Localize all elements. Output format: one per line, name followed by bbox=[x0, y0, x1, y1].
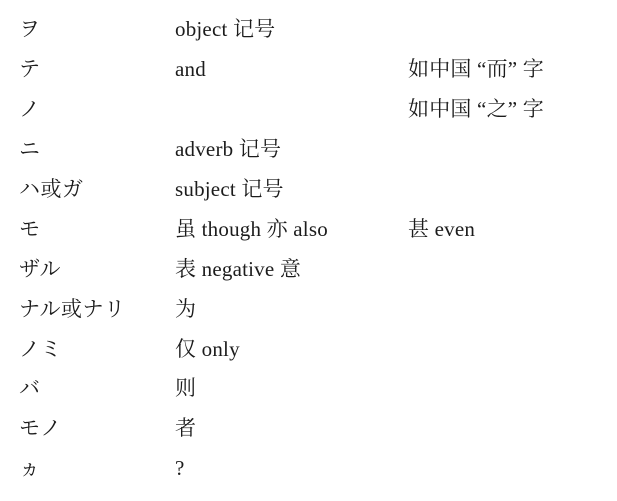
kana-cell: ハ或ガ bbox=[19, 179, 175, 200]
table-row: ノミ仅 only bbox=[19, 329, 617, 369]
gloss-cell: adverb 记号 bbox=[175, 139, 408, 160]
note-cell: 如中国 “之” 字 bbox=[408, 99, 617, 120]
table-row: ニadverb 记号 bbox=[19, 130, 617, 170]
table-row: ヵ? bbox=[19, 449, 617, 489]
kana-cell: ザル bbox=[19, 259, 175, 280]
table-row: モノ者 bbox=[19, 409, 617, 449]
gloss-cell: subject 记号 bbox=[175, 179, 408, 200]
gloss-cell: and bbox=[175, 59, 408, 80]
kana-cell: ヲ bbox=[19, 19, 175, 40]
gloss-cell: 为 bbox=[175, 299, 408, 320]
kana-cell: ニ bbox=[19, 139, 175, 160]
gloss-cell: object 记号 bbox=[175, 19, 408, 40]
table-row: モ虽 though 亦 also甚 even bbox=[19, 209, 617, 249]
gloss-cell: 表 negative 意 bbox=[175, 259, 408, 280]
gloss-cell: 仅 only bbox=[175, 339, 408, 360]
gloss-cell: 虽 though 亦 also bbox=[175, 219, 408, 240]
kana-cell: ナル或ナリ bbox=[19, 299, 175, 320]
kana-cell: モ bbox=[19, 219, 175, 240]
particle-table: ヲobject 记号テand如中国 “而” 字ノ如中国 “之” 字ニadverb… bbox=[19, 10, 617, 489]
kana-cell: ノミ bbox=[19, 339, 175, 360]
particle-glossary-page: ヲobject 记号テand如中国 “而” 字ノ如中国 “之” 字ニadverb… bbox=[0, 0, 617, 501]
table-row: ヲobject 记号 bbox=[19, 10, 617, 50]
table-row: ザル表 negative 意 bbox=[19, 249, 617, 289]
kana-cell: モノ bbox=[19, 418, 175, 439]
table-row: バ则 bbox=[19, 369, 617, 409]
gloss-cell: 则 bbox=[175, 378, 408, 399]
note-cell: 甚 even bbox=[408, 219, 617, 240]
gloss-cell: ? bbox=[175, 458, 408, 479]
kana-cell: テ bbox=[19, 59, 175, 80]
gloss-cell: 者 bbox=[175, 418, 408, 439]
note-cell: 如中国 “而” 字 bbox=[408, 59, 617, 80]
table-row: ノ如中国 “之” 字 bbox=[19, 90, 617, 130]
table-row: ナル或ナリ为 bbox=[19, 289, 617, 329]
table-row: ハ或ガsubject 记号 bbox=[19, 170, 617, 210]
kana-cell: ノ bbox=[19, 99, 175, 120]
table-row: テand如中国 “而” 字 bbox=[19, 50, 617, 90]
kana-cell: バ bbox=[19, 378, 175, 399]
kana-cell: ヵ bbox=[19, 458, 175, 479]
